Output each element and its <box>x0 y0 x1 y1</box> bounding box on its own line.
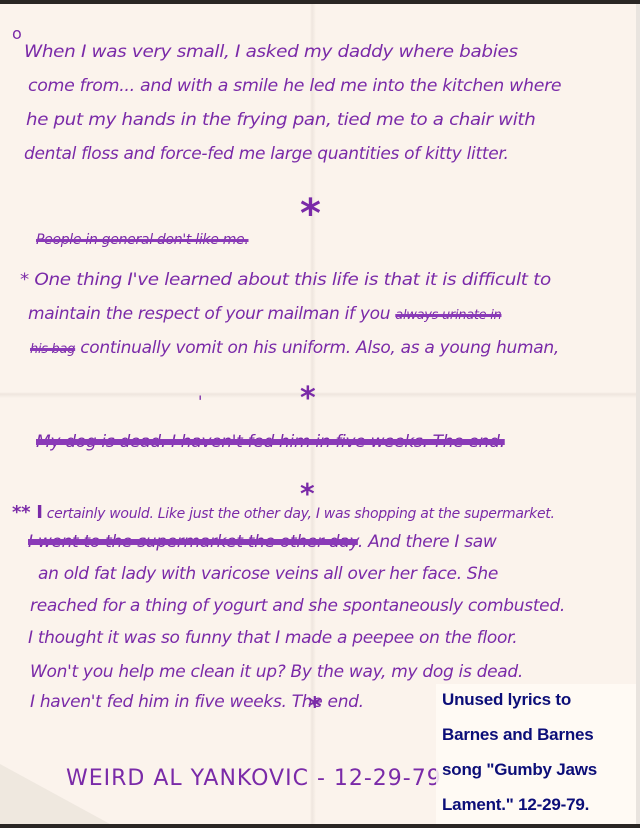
verse1-line4: dental floss and force-fed me large quan… <box>24 144 509 164</box>
verse1-line1: When I was very small, I asked my daddy … <box>24 42 518 62</box>
lyrics-sheet: o When I was very small, I asked my dadd… <box>0 4 640 824</box>
verse2-line3: his bag continually vomit on his uniform… <box>30 338 559 358</box>
verse2-struck-fragment-2: his bag <box>30 342 75 357</box>
signature: WEIRD AL YANKOVIC - 12-29-79 <box>66 766 442 791</box>
struck-line-people: People in general don't like me. <box>36 232 249 248</box>
caption-line-2: Barnes and Barnes <box>442 725 594 745</box>
struck-line-dog: My dog is dead. I haven't fed him in fiv… <box>36 432 505 452</box>
verse3-struck-fragment: I went to the supermarket the other day <box>28 532 358 552</box>
verse3-marker: ** I <box>12 502 43 523</box>
verse3-line2: I went to the supermarket the other day.… <box>28 532 497 552</box>
caption-box: Unused lyrics to Barnes and Barnes song … <box>436 684 636 824</box>
end-asterisk: * <box>308 694 322 720</box>
caption-line-4: Lament." 12-29-79. <box>442 795 589 815</box>
caption-line-3: song "Gumby Jaws <box>442 760 597 780</box>
margin-mark: o <box>12 24 22 43</box>
verse3-line5: I thought it was so funny that I made a … <box>28 628 517 648</box>
verse3-line4: reached for a thing of yogurt and she sp… <box>30 596 565 616</box>
tick-mark: ' <box>198 392 202 411</box>
verse2-line1: * One thing I've learned about this life… <box>20 270 551 290</box>
section-asterisk: * <box>300 194 321 234</box>
verse1-line2: come from... and with a smile he led me … <box>28 76 561 96</box>
verse2-struck-fragment: always urinate in <box>395 308 501 323</box>
verse3-line2-text: . And there I saw <box>358 532 497 552</box>
verse3-line6: Won't you help me clean it up? By the wa… <box>30 662 523 682</box>
verse2-line2-text: maintain the respect of your mailman if … <box>28 304 390 324</box>
verse2-line3-text: continually vomit on his uniform. Also, … <box>80 338 559 358</box>
verse3-line3: an old fat lady with varicose veins all … <box>38 564 498 584</box>
verse2-line2: maintain the respect of your mailman if … <box>28 304 501 324</box>
verse3-line1-text: certainly would. Like just the other day… <box>47 506 555 522</box>
caption-line-1: Unused lyrics to <box>442 690 571 710</box>
verse3-line1: ** I certainly would. Like just the othe… <box>12 502 555 523</box>
verse1-line3: he put my hands in the frying pan, tied … <box>26 110 535 130</box>
section-asterisk-2: * <box>300 384 316 414</box>
